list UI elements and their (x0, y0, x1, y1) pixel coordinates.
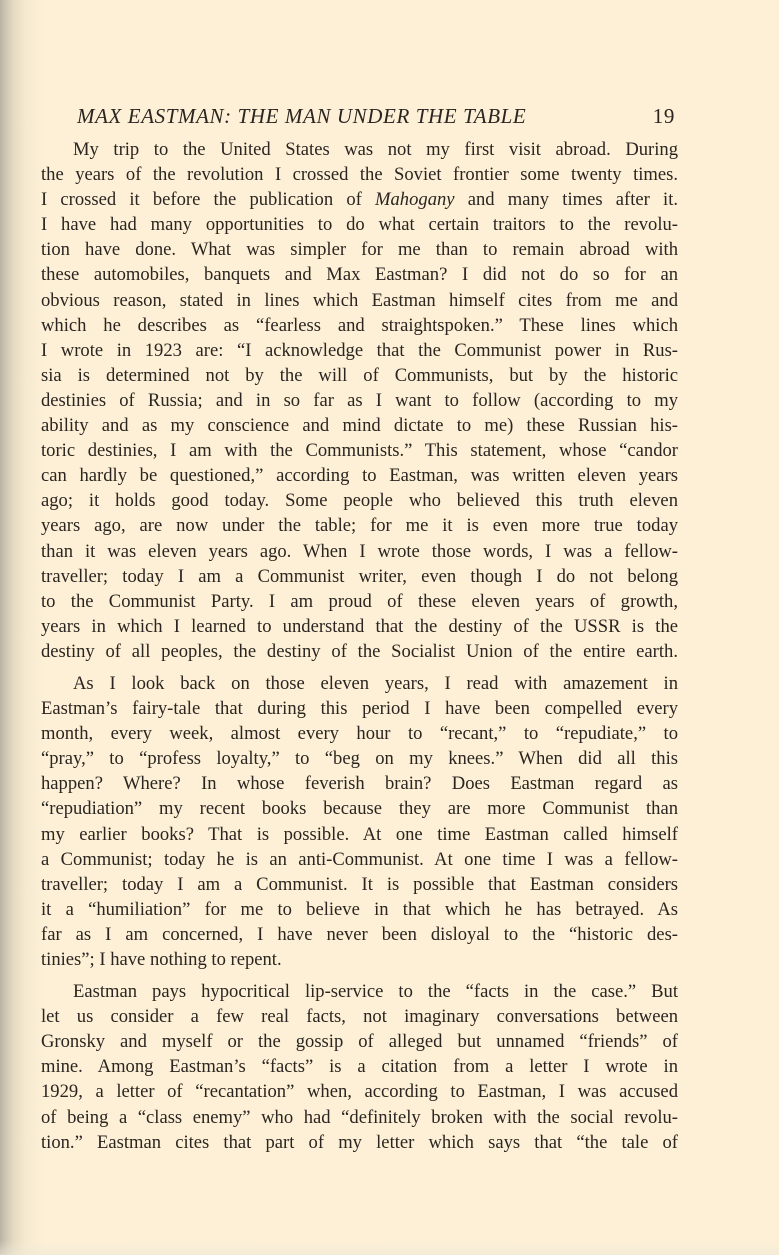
text-line: my earlier books? That is possible. At o… (41, 822, 678, 847)
text-line: far as I am concerned, I have never been… (41, 922, 678, 947)
text-line: destinies of Russia; and in so far as I … (41, 388, 678, 413)
text-line: Eastman’s fairy-tale that during this pe… (41, 696, 678, 721)
text-fragment: I crossed it before the publication of (41, 189, 375, 210)
text-line: mine. Among Eastman’s “facts” is a citat… (41, 1054, 678, 1079)
text-line: which he describes as “fearless and stra… (41, 313, 678, 338)
chapter-title: MAX EASTMAN: THE MAN UNDER THE TABLE (77, 104, 526, 129)
running-header: MAX EASTMAN: THE MAN UNDER THE TABLE 19 (77, 104, 677, 134)
text-line: traveller; today I am a Communist writer… (41, 564, 678, 589)
text-line: Eastman pays hypocritical lip-service to… (41, 979, 678, 1004)
text-line: a Communist; today he is an anti-Communi… (41, 847, 678, 872)
text-line: destiny of all peoples, the destiny of t… (41, 639, 678, 664)
text-line: As I look back on those eleven years, I … (41, 671, 678, 696)
text-line: Gronsky and myself or the gossip of alle… (41, 1029, 678, 1054)
text-line: years in which I learned to understand t… (41, 614, 678, 639)
text-line: I crossed it before the publication of M… (41, 187, 678, 212)
body-text: My trip to the United States was not my … (41, 137, 678, 1155)
text-line: toric destinies, I am with the Communist… (41, 438, 678, 463)
text-line: than it was eleven years ago. When I wro… (41, 539, 678, 564)
book-title-mahogany: Mahogany (375, 189, 455, 210)
text-line: My trip to the United States was not my … (41, 137, 678, 162)
text-line: I have had many opportunities to do what… (41, 212, 678, 237)
text-line: sia is determined not by the will of Com… (41, 363, 678, 388)
text-line: 1929, a letter of “recantation” when, ac… (41, 1079, 678, 1104)
paragraph-2: As I look back on those eleven years, I … (41, 671, 678, 972)
text-line: ago; it holds good today. Some people wh… (41, 488, 678, 513)
page-number: 19 (653, 104, 675, 129)
text-fragment: and many times after it. (455, 189, 678, 210)
paragraph-3: Eastman pays hypocritical lip-service to… (41, 979, 678, 1155)
text-line: to the Communist Party. I am proud of th… (41, 589, 678, 614)
text-line: let us consider a few real facts, not im… (41, 1004, 678, 1029)
text-line: obvious reason, stated in lines which Ea… (41, 288, 678, 313)
text-line: ability and as my conscience and mind di… (41, 413, 678, 438)
text-line: of being a “class enemy” who had “defini… (41, 1105, 678, 1130)
text-line: “repudiation” my recent books because th… (41, 796, 678, 821)
text-line: years ago, are now under the table; for … (41, 513, 678, 538)
text-line: traveller; today I am a Communist. It is… (41, 872, 678, 897)
text-line: month, every week, almost every hour to … (41, 721, 678, 746)
text-line: tion have done. What was simpler for me … (41, 237, 678, 262)
text-line: can hardly be questioned,” according to … (41, 463, 678, 488)
paragraph-1: My trip to the United States was not my … (41, 137, 678, 664)
text-line: tion.” Eastman cites that part of my let… (41, 1130, 678, 1155)
book-page: MAX EASTMAN: THE MAN UNDER THE TABLE 19 … (0, 0, 779, 1255)
text-line: “pray,” to “profess loyalty,” to “beg on… (41, 746, 678, 771)
text-line: it a “humiliation” for me to believe in … (41, 897, 678, 922)
text-line: I wrote in 1923 are: “I acknowledge that… (41, 338, 678, 363)
text-line: tinies”; I have nothing to repent. (41, 947, 678, 972)
text-line: happen? Where? In whose feverish brain? … (41, 771, 678, 796)
text-line: these automobiles, banquets and Max East… (41, 262, 678, 287)
text-line: the years of the revolution I crossed th… (41, 162, 678, 187)
